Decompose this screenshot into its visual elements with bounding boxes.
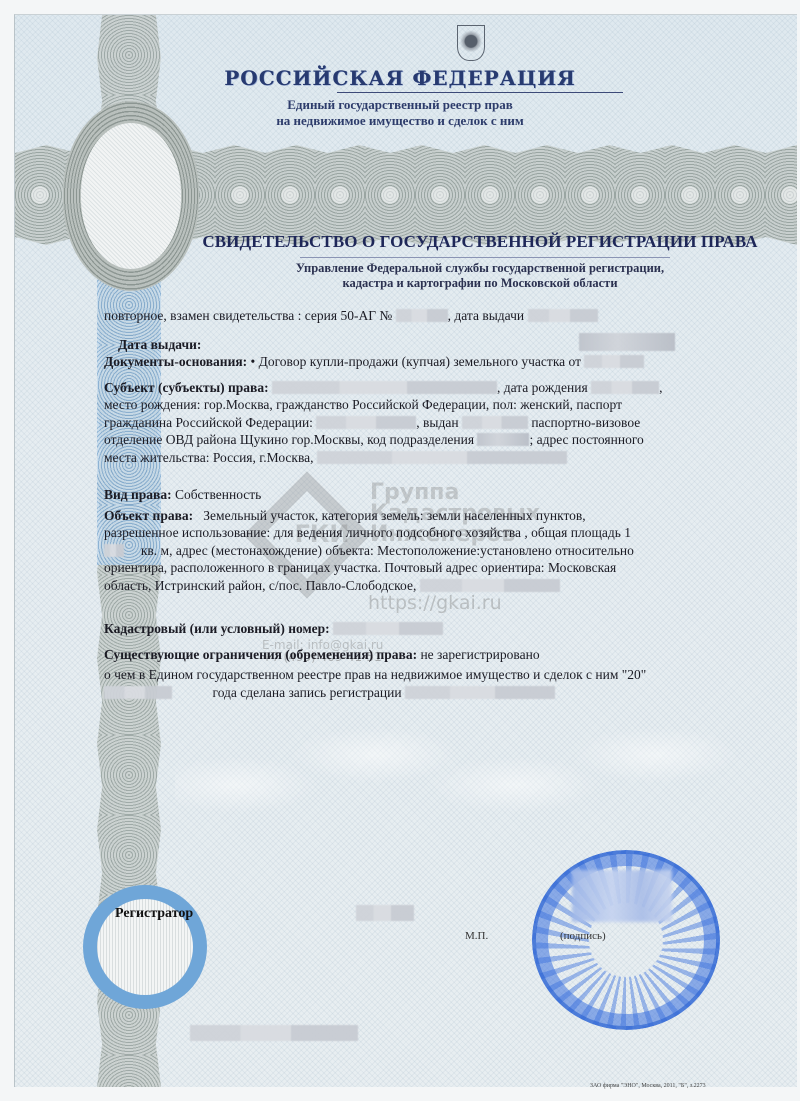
certificate-title: СВИДЕТЕЛЬСТВО О ГОСУДАРСТВЕННОЙ РЕГИСТРА… [190,232,770,252]
redacted-issue-date [579,333,675,351]
subject-block: Субъект (субъекты) права: , дата рождени… [104,379,712,467]
redacted-cadastral-number [333,622,443,635]
title-divider [300,257,670,258]
redacted-subject-name [272,381,497,394]
registrar-seal-ring [83,885,207,1009]
coat-of-arms-icon [457,25,485,61]
registrar-label: Регистратор [115,906,193,922]
redacted-blank-number [190,1025,358,1041]
printer-imprint: ЗАО фирма "ЭНО", Москва, 2011, "Б", з.22… [590,1083,706,1089]
authority-line-1: Управление Федеральной службы государств… [230,261,730,276]
redacted-area [104,544,124,557]
redacted-birth-date [591,381,659,394]
registry-line-2: на недвижимое имущество и сделок с ним [0,113,800,129]
background-wave-pattern [175,695,795,875]
country-title: РОССИЙСКАЯ ФЕДЕРАЦИЯ [0,66,800,90]
redacted-passport-number [316,416,416,429]
signature-label: (подпись) [560,930,606,942]
header-divider [337,92,623,93]
certificate-body: повторное, взамен свидетельства : серия … [104,307,712,701]
record-block: о чем в Едином государственном реестре п… [104,666,712,701]
registry-line-1: Единый государственный реестр прав [0,97,800,113]
redacted-record-number [405,686,555,699]
issue-date-line: Дата выдачи: [104,333,712,354]
cadastral-line: Кадастровый (или условный) номер: [104,620,712,638]
authority-line-2: кадастра и картографии по Московской обл… [230,276,730,291]
redacted-division-code [477,433,529,446]
redacted-signature [572,870,672,922]
redacted-record-date [104,686,172,699]
redacted-certificate-number [396,309,448,322]
right-type-line: Вид права: Собственность [104,486,712,504]
guilloche-medallion [63,101,199,291]
redacted-plot-address [420,579,560,592]
registry-subtitle: Единый государственный реестр прав на не… [0,97,800,129]
restrictions-line: Существующие ограничения (обременения) п… [104,646,712,664]
redacted-passport-date [462,416,528,429]
object-block: Объект права: Земельный участок, категор… [104,507,712,595]
issuing-authority: Управление Федеральной службы государств… [230,261,730,291]
redacted-registrar-name [356,905,414,921]
seal-placeholder-label: М.П. [465,930,488,942]
redacted-contract-date [584,355,644,368]
redacted-date [528,309,598,322]
documents-line: Документы-основания: • Договор купли-про… [104,353,712,371]
reissue-line: повторное, взамен свидетельства : серия … [104,307,712,325]
redacted-address [317,451,567,464]
